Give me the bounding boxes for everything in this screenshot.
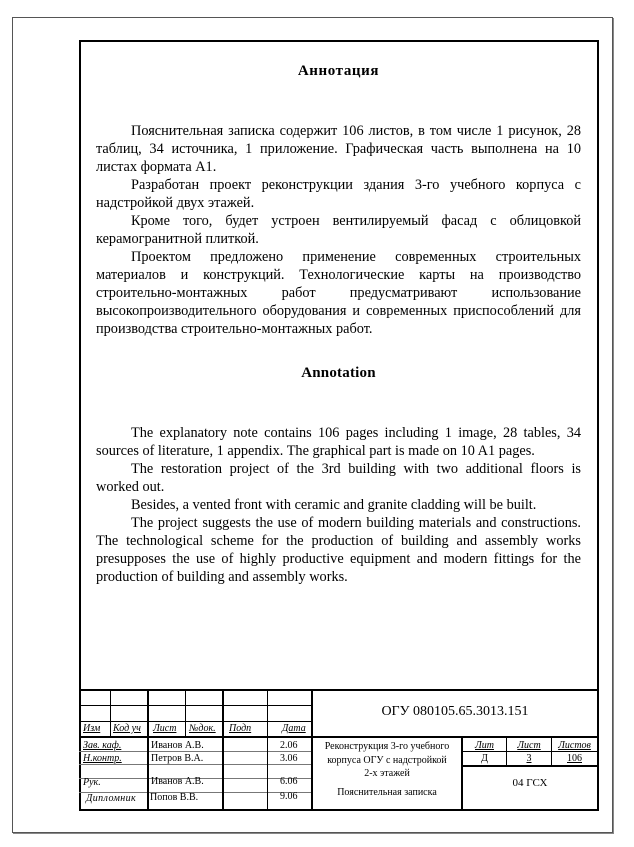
title-block: Изм Код уч Лист №док. Подп Дата Зав. каф… — [79, 689, 597, 809]
header-ndok: №док. — [189, 723, 216, 735]
paragraph: Besides, a vented front with ceramic and… — [96, 496, 581, 514]
row-role: Н.контр. — [83, 753, 122, 765]
sheet-value: 3 — [507, 753, 551, 765]
project-title-line: 2-х этажей — [313, 768, 461, 780]
header-list: Лист — [153, 723, 176, 735]
sheet-label: Лист — [507, 740, 551, 752]
paragraph: The project suggests the use of modern b… — [96, 514, 581, 586]
row-name: Иванов А.В. — [151, 740, 204, 752]
paragraph: The restoration project of the 3rd build… — [96, 460, 581, 496]
document-code: ОГУ 080105.65.3013.151 — [313, 704, 597, 720]
lit-value: Д — [463, 753, 506, 765]
sheets-value: 106 — [552, 753, 597, 765]
row-role: Дипломник — [86, 793, 136, 805]
row-date: 3.06 — [280, 753, 298, 765]
header-podp: Подп — [229, 723, 251, 735]
row-name: Петров В.А. — [151, 753, 203, 765]
header-izm: Изм — [83, 723, 100, 735]
row-name: Иванов А.В. — [151, 776, 204, 788]
group-code: 04 ГСХ — [463, 777, 597, 789]
paragraph: Пояснительная записка содержит 106 листо… — [96, 122, 581, 176]
document-type: Пояснительная записка — [313, 787, 461, 799]
row-date: 9.06 — [280, 791, 298, 803]
english-annotation: The explanatory note contains 106 pages … — [96, 424, 581, 586]
row-date: 2.06 — [280, 740, 298, 752]
project-title-line: Реконструкция 3-го учебного — [313, 741, 461, 753]
header-kod: Код уч — [113, 723, 141, 735]
row-role: Зав. каф. — [83, 740, 121, 752]
header-data: Дата — [282, 723, 306, 735]
lit-label: Лит — [463, 740, 506, 752]
heading-english: Annotation — [96, 364, 581, 382]
paragraph: Разработан проект реконструкции здания 3… — [96, 176, 581, 212]
heading-russian: Аннотация — [96, 62, 581, 80]
row-name: Попов В.В. — [150, 792, 198, 804]
paragraph: Кроме того, будет устроен вентилируемый … — [96, 212, 581, 248]
paragraph: The explanatory note contains 106 pages … — [96, 424, 581, 460]
row-role: Рук. — [83, 777, 101, 789]
russian-annotation: Пояснительная записка содержит 106 листо… — [96, 122, 581, 338]
row-date: 6.06 — [280, 776, 298, 788]
sheets-label: Листов — [552, 740, 597, 752]
paragraph: Проектом предложено применение современн… — [96, 248, 581, 338]
project-title-line: корпуса ОГУ с надстройкой — [313, 755, 461, 767]
